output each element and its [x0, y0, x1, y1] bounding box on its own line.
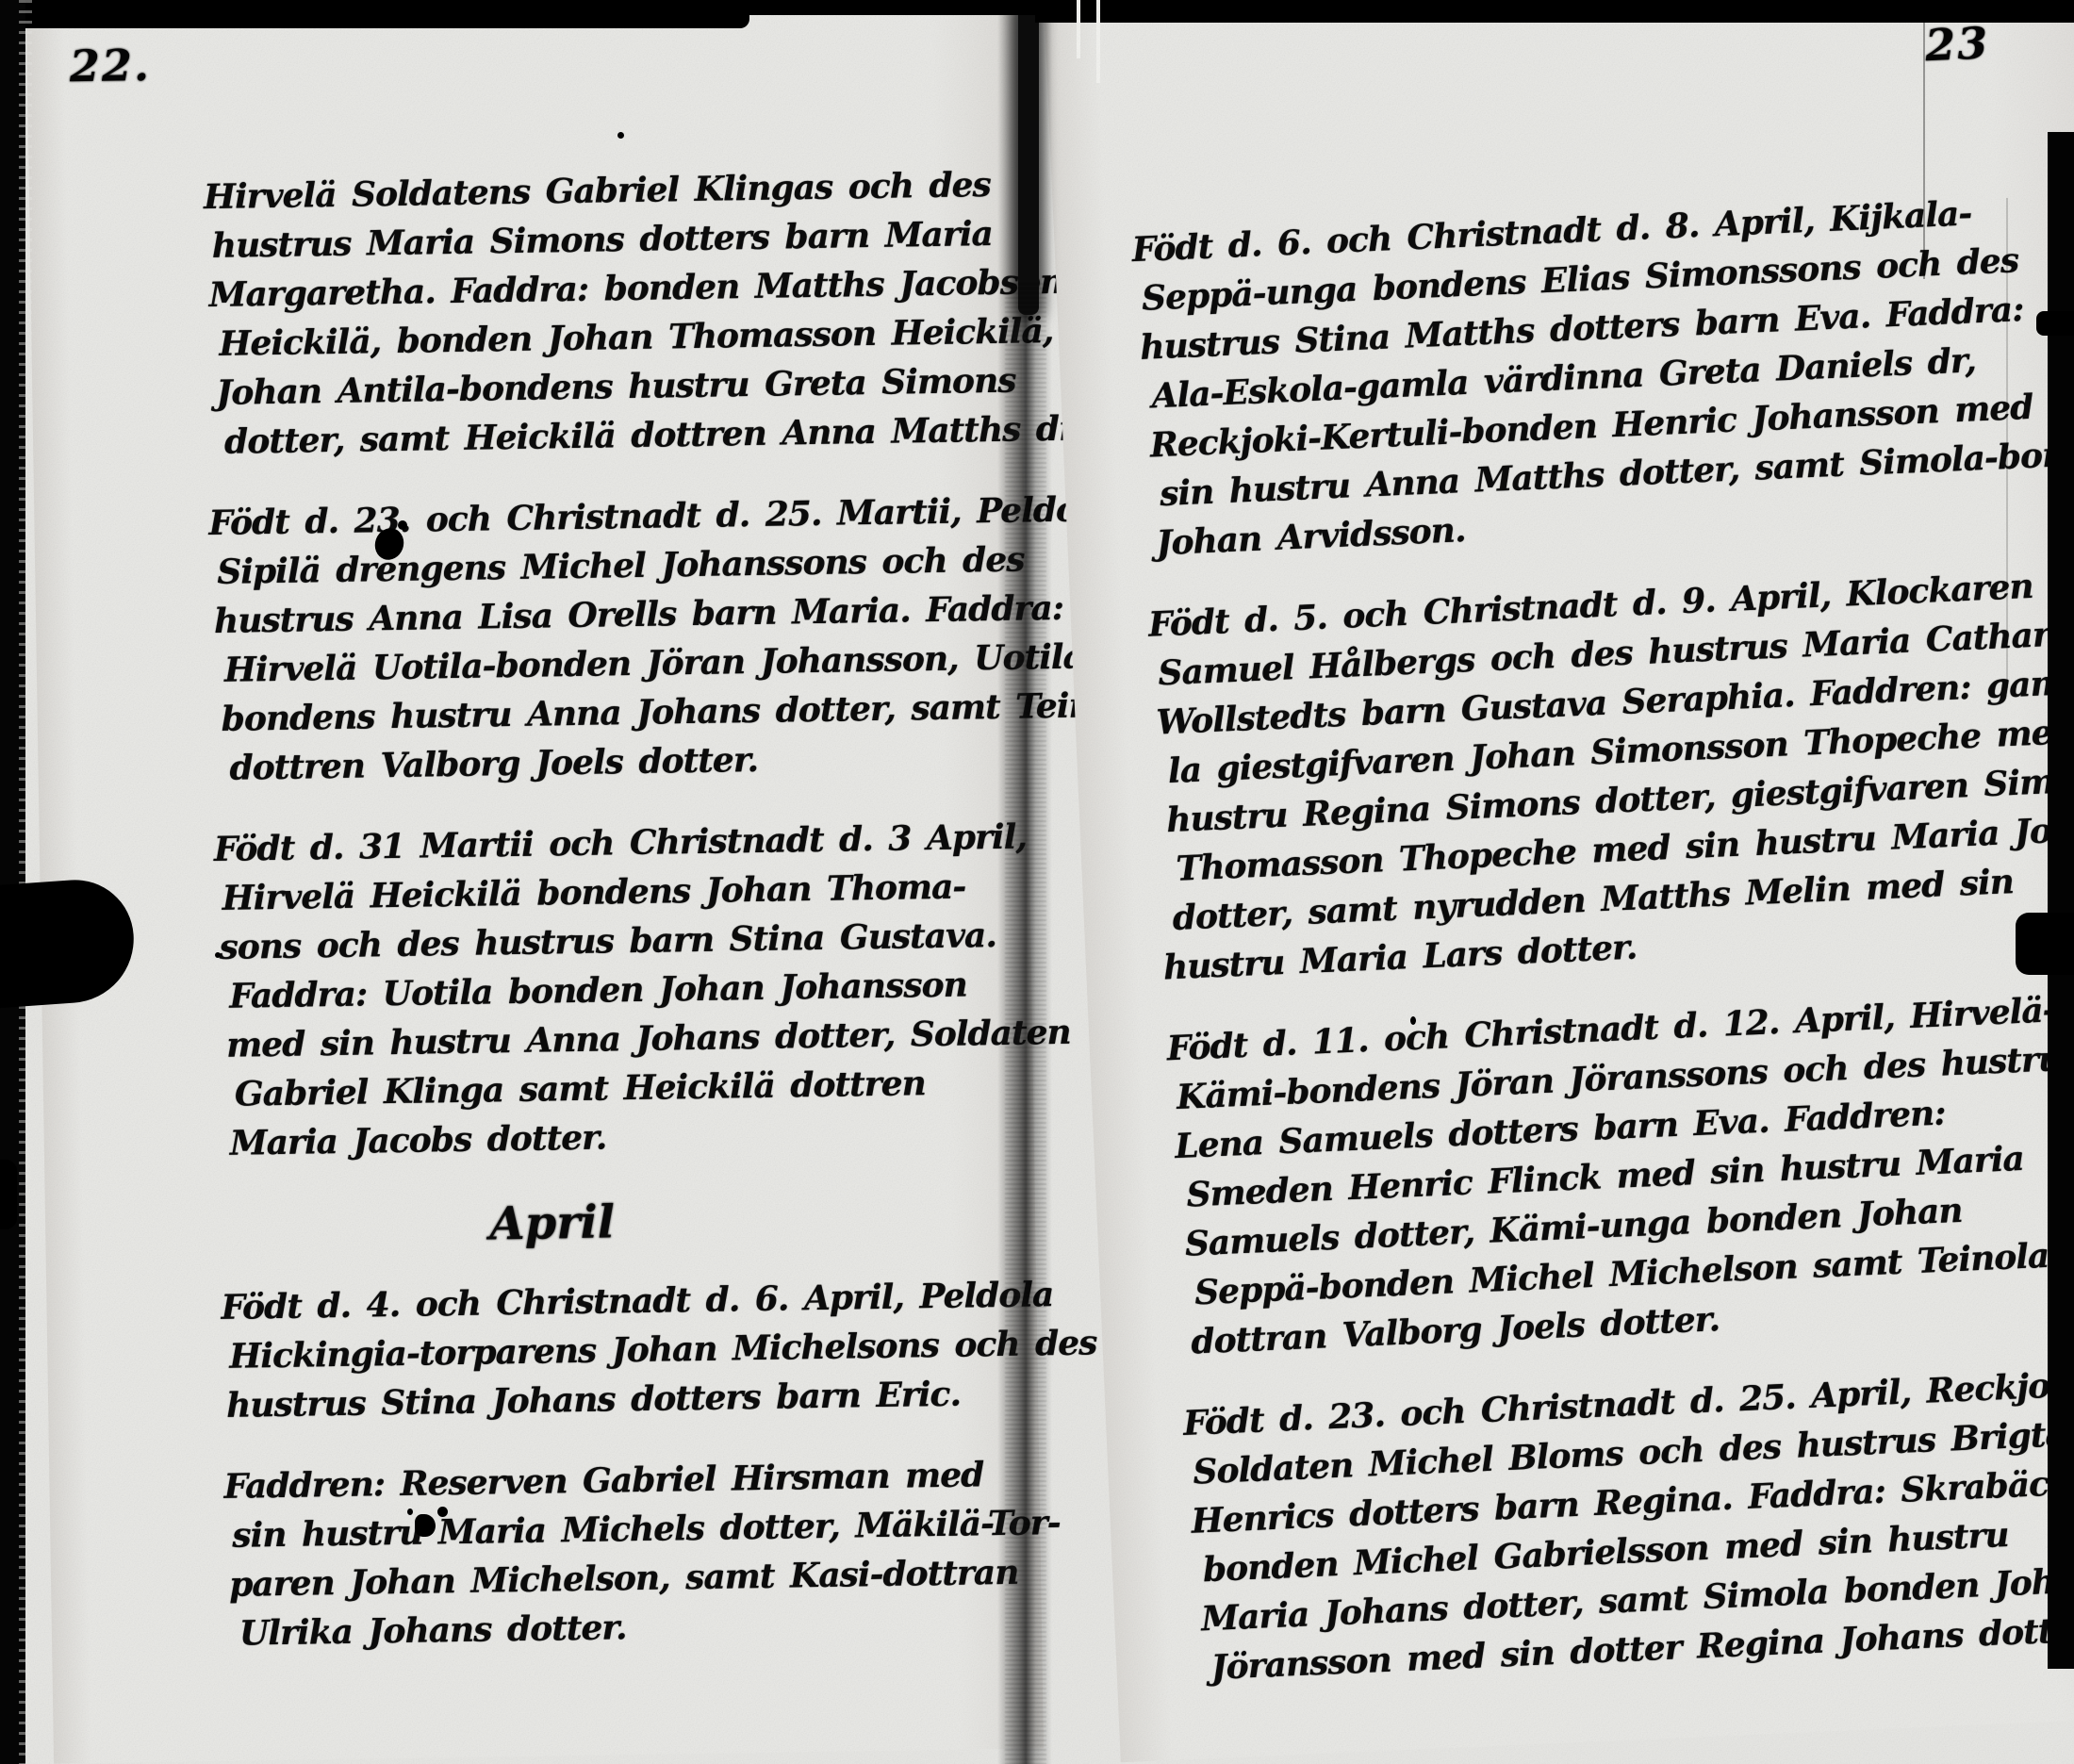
baptism-entry: Födt d. 6. och Christnadt d. 8. April, K… [1131, 184, 2074, 568]
book-gutter-grain [1005, 283, 1046, 1764]
scan-edge-top-right [1035, 0, 2074, 23]
baptism-entry: Födt d. 23. och Christnadt d. 25. Martii… [208, 486, 1010, 793]
baptism-entry: Födt d. 5. och Christnadt d. 9. April, K… [1147, 559, 2074, 992]
right-page: 23 Födt d. 6. och Christnadt d. 8. April… [1045, 0, 2074, 1762]
ink-blot [398, 520, 407, 530]
left-page: 22. Hirvelä Soldatens Gabriel Klingas oc… [26, 2, 1044, 1764]
paper-crease [1923, 15, 1925, 279]
scan-edge-top-left [0, 0, 749, 28]
ink-speck [215, 952, 221, 958]
page-number-right: 23 [1924, 21, 1990, 67]
right-page-text: Födt d. 6. och Christnadt d. 8. April, K… [1045, 0, 2074, 1762]
ink-blot [415, 1514, 436, 1537]
paper-crease [2006, 198, 2008, 688]
scan-edge-right-notch [2016, 913, 2074, 975]
ink-blot [437, 1507, 448, 1517]
scan-edge-right-nub [2036, 311, 2074, 336]
baptism-entry: Födt d. 11. och Christnadt d. 12. April,… [1166, 983, 2074, 1367]
baptism-entry: Födt d. 31 Martii och Christnadt d. 3 Ap… [213, 813, 1015, 1168]
book-gutter-dark-top [1018, 13, 1039, 315]
left-page-text: Hirvelä Soldatens Gabriel Klingas och de… [26, 2, 1044, 1764]
ink-blot [407, 1508, 413, 1515]
binding-blob [0, 1160, 17, 1229]
baptism-entry: Faddren: Reserven Gabriel Hirsman medsin… [223, 1450, 1023, 1658]
ink-speck [1410, 1016, 1416, 1025]
tape-line [1096, 0, 1100, 83]
month-heading: April [220, 1190, 885, 1257]
baptism-entry: Födt d. 23. och Christnadt d. 25. April,… [1182, 1358, 2074, 1692]
tape-line [1077, 0, 1080, 58]
register-scan: 22. Hirvelä Soldatens Gabriel Klingas oc… [0, 0, 2074, 1764]
scan-edge-right [2048, 132, 2074, 1669]
page-number-left: 22. [69, 43, 151, 88]
baptism-entry: Hirvelä Soldatens Gabriel Klingas och de… [204, 160, 1005, 467]
baptism-entry: Födt d. 4. och Christnadt d. 6. April, P… [221, 1271, 1019, 1430]
ink-speck [617, 132, 624, 139]
